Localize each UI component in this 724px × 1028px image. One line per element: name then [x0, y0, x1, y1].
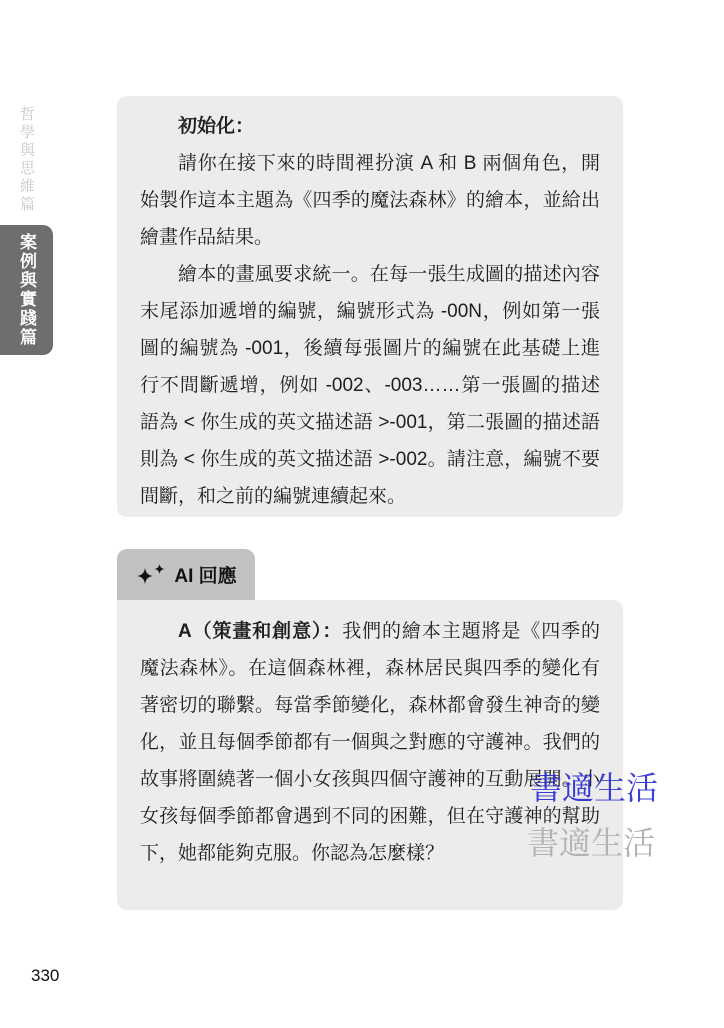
sidebar-label-philosophy-section: 哲學與思維篇 — [16, 106, 37, 214]
prompt-box: 初始化： 請你在接下來的時間裡扮演 A 和 B 兩個角色，開始製作這本主題為《四… — [117, 96, 623, 517]
watermark-gray: 書適生活 — [527, 825, 655, 861]
page-number: 330 — [31, 966, 59, 986]
watermark-blue: 書適生活 — [530, 770, 658, 806]
ai-response-tab-label: AI 回應 — [174, 561, 236, 588]
prompt-paragraph: 繪本的畫風要求統一。在每一張生成圖的描述內容末尾添加遞增的編號，編號形式為 -0… — [140, 256, 600, 515]
prompt-paragraph: 請你在接下來的時間裡扮演 A 和 B 兩個角色，開始製作這本主題為《四季的魔法森… — [140, 145, 600, 256]
sparkles-icon — [135, 562, 167, 588]
ai-response-tab: AI 回應 — [117, 549, 255, 600]
prompt-title: 初始化： — [140, 108, 600, 145]
ai-response-box: A（策畫和創意）：我們的繪本主題將是《四季的魔法森林》。在這個森林裡，森林居民與… — [117, 600, 623, 910]
ai-speaker-label: A（策畫和創意）： — [178, 621, 342, 642]
sidebar-tab-label: 案例與實踐篇 — [14, 233, 39, 347]
sidebar-tab-case-practice-section: 案例與實踐篇 — [0, 225, 53, 355]
